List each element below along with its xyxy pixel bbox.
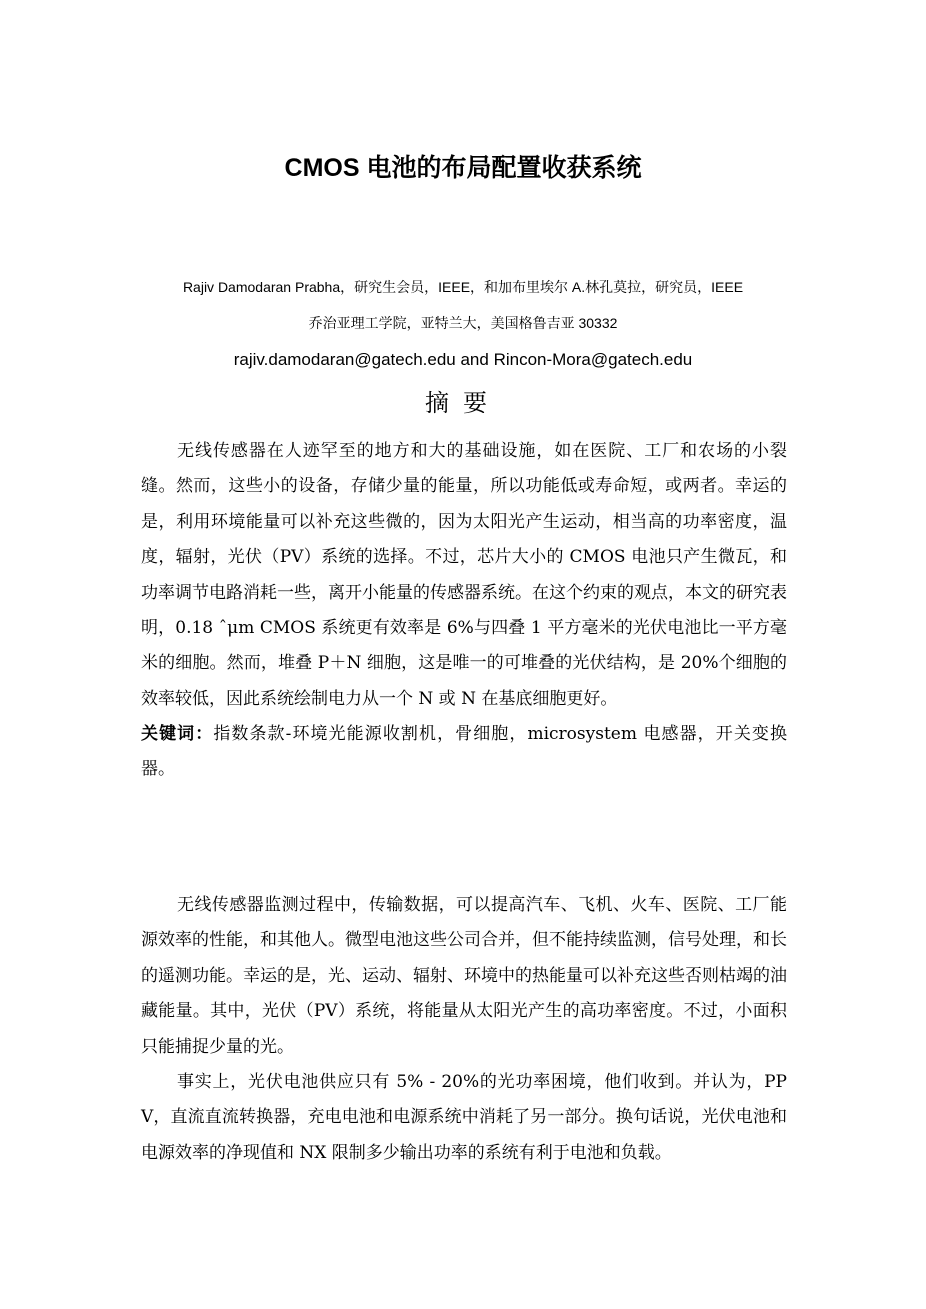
document-page: CMOS 电池的布局配置收获系统 Rajiv Damodaran Prabha，… (0, 0, 926, 1309)
intro-paragraph-1: 无线传感器监测过程中，传输数据，可以提高汽车、飞机、火车、医院、工厂能源效率的性… (141, 888, 787, 1065)
intro-paragraph-2: 事实上，光伏电池供应只有 5% - 20%的光功率困境，他们收到。并认为，PPV… (141, 1065, 787, 1171)
abstract-paragraph: 无线传感器在人迹罕至的地方和大的基础设施，如在医院、工厂和农场的小裂缝。然而，这… (141, 434, 787, 717)
paper-title: CMOS 电池的布局配置收获系统 (0, 148, 926, 188)
keywords-label: 关键词： (141, 724, 213, 744)
keywords-text: 指数条款-环境光能源收割机，骨细胞，microsystem 电感器，开关变换器。 (141, 724, 787, 779)
introduction-section: 无线传感器监测过程中，传输数据，可以提高汽车、飞机、火车、医院、工厂能源效率的性… (141, 888, 787, 1171)
author-line: Rajiv Damodaran Prabha，研究生会员，IEEE，和加布里埃尔… (0, 276, 926, 298)
abstract-heading: 摘要 (0, 386, 926, 420)
keywords-paragraph: 关键词：指数条款-环境光能源收割机，骨细胞，microsystem 电感器，开关… (141, 717, 787, 787)
affiliation-line: 乔治亚理工学院，亚特兰大，美国格鲁吉亚 30332 (0, 312, 926, 334)
abstract-section: 无线传感器在人迹罕至的地方和大的基础设施，如在医院、工厂和农场的小裂缝。然而，这… (141, 434, 787, 787)
email-line: rajiv.damodaran@gatech.edu and Rincon-Mo… (0, 347, 926, 373)
